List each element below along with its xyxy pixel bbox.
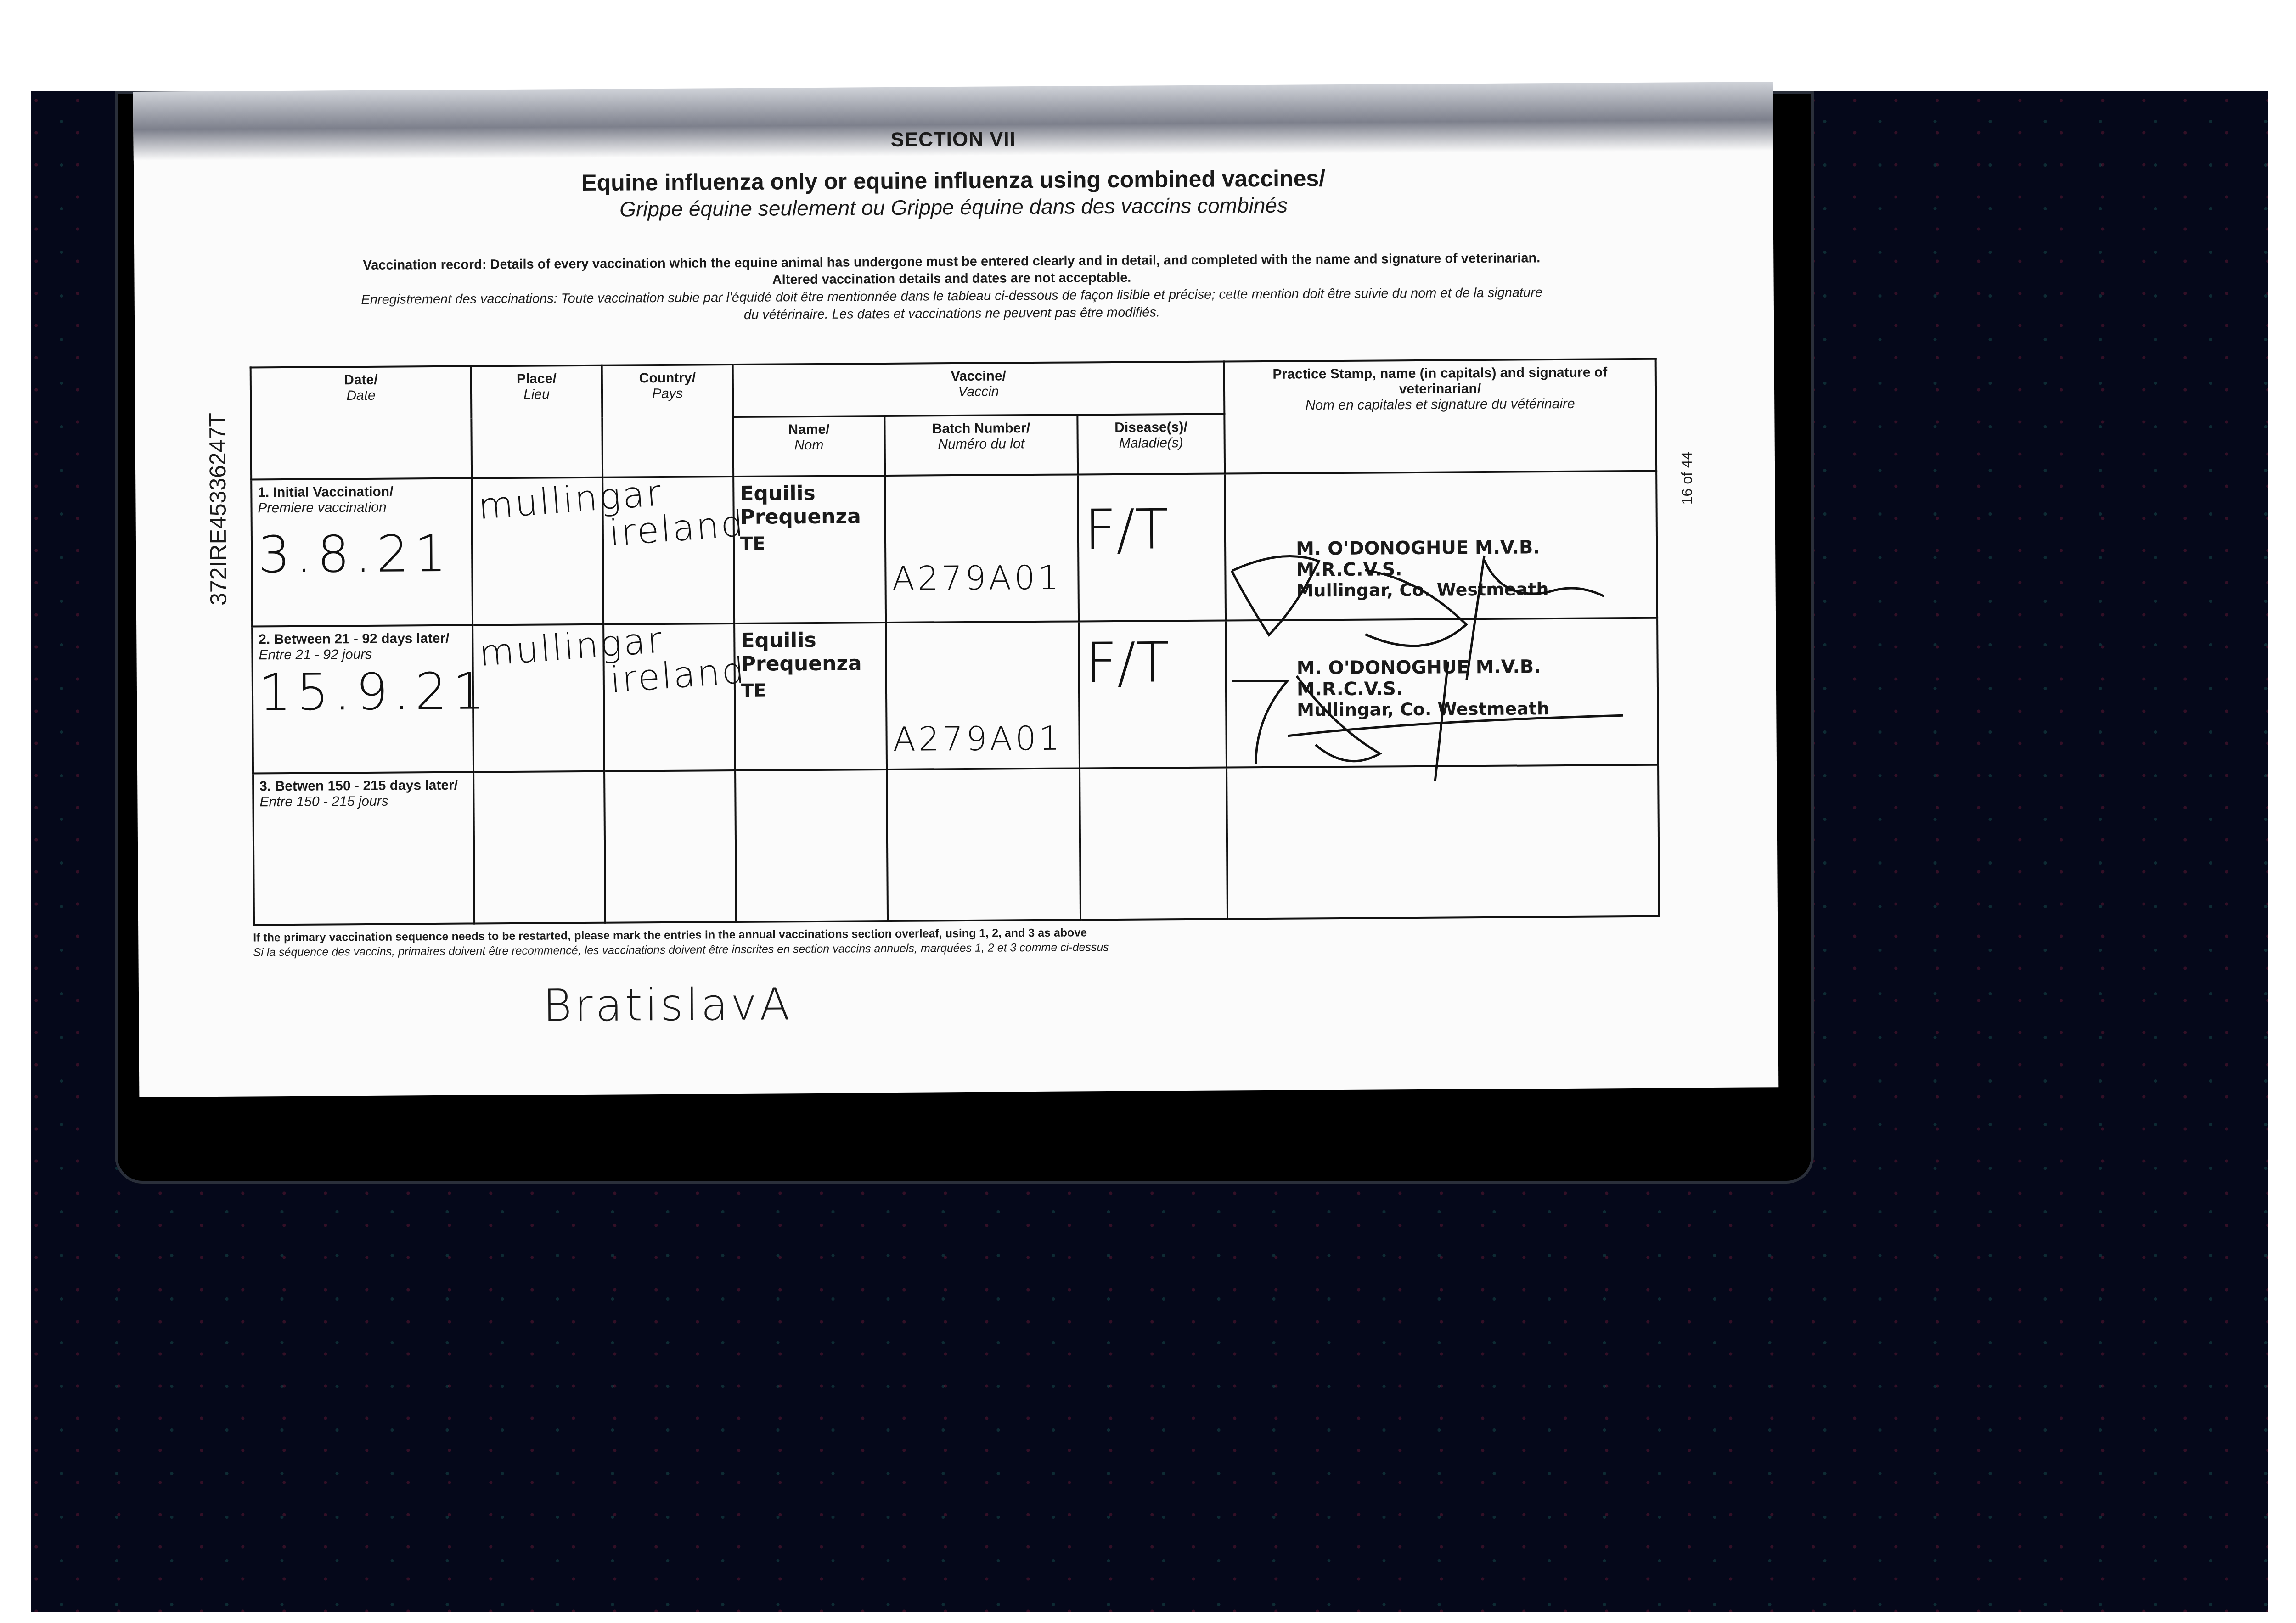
header-vaccine-name: Name/ Nom [733,416,885,477]
disease-cell: F/T [1079,620,1227,768]
date-cell: 2. Between 21 - 92 days later/ Entre 21 … [252,625,473,774]
handwritten-place: mullingar [478,626,599,674]
batch-number-cell [887,768,1080,921]
header-batch-number: Batch Number/ Numéro du lot [884,415,1078,476]
header-country: Country/ Pays [602,365,733,477]
place-cell [473,771,605,924]
handwritten-place: mullingar [477,479,598,527]
vet-stamp-cell: M. O'DONOGHUE M.V.B. M.R.C.V.S. Mullinga… [1225,471,1657,621]
vaccine-name-cell [735,769,888,922]
handwritten-batch: A279A01 [892,558,1072,598]
disease-cell [1080,767,1227,920]
vaccine-name-cell: Equilis Prequenza TE [734,623,887,770]
handwritten-country: ireland [609,652,730,701]
vaccine-name-stamp: Equilis Prequenza [741,629,862,676]
country-cell [604,770,736,923]
place-cell: mullingar [473,624,604,772]
handwritten-date: 15.9.21 [259,662,467,722]
disease-cell: F/T [1078,473,1226,621]
handwritten-disease: F/T [1085,631,1220,696]
header-date: Date/ Date [251,366,472,480]
handwritten-batch: A279A01 [893,719,1073,758]
vaccination-table: Date/ Date Place/ Lieu Country/ Pays Vac… [250,358,1660,926]
handwritten-country: ireland [608,505,729,554]
batch-number-cell: A279A01 [885,474,1079,623]
vaccine-name-cell: Equilis Prequenza TE [733,476,886,623]
table-row: 1. Initial Vaccination/ Premiere vaccina… [251,471,1657,627]
passport-page: SECTION VII Equine influenza only or equ… [133,82,1778,1097]
header-diseases: Disease(s)/ Maladie(s) [1077,414,1225,474]
handwritten-note: BratislavA [543,978,793,1031]
signature-icon [1228,660,1642,800]
header-row: Date/ Date Place/ Lieu Country/ Pays Vac… [251,359,1656,420]
handwritten-disease: F/T [1084,498,1219,562]
batch-number-cell: A279A01 [886,621,1080,769]
header-place: Place/ Lieu [471,365,602,478]
date-cell: 1. Initial Vaccination/ Premiere vaccina… [251,478,473,627]
vaccine-name-stamp: Equilis Prequenza [740,482,861,529]
header-vaccine: Vaccine/ Vaccin [733,361,1225,417]
handwritten-date: 3.8.21 [258,524,466,584]
page-number: 16 of 44 [1678,452,1696,505]
date-cell: 3. Betwen 150 - 215 days later/ Entre 15… [253,772,474,925]
header-stamp: Practice Stamp, name (in capitals) and s… [1224,359,1656,474]
passport-id-number: 372IRE4533624​7T [204,413,232,606]
place-cell: mullingar [472,477,603,625]
